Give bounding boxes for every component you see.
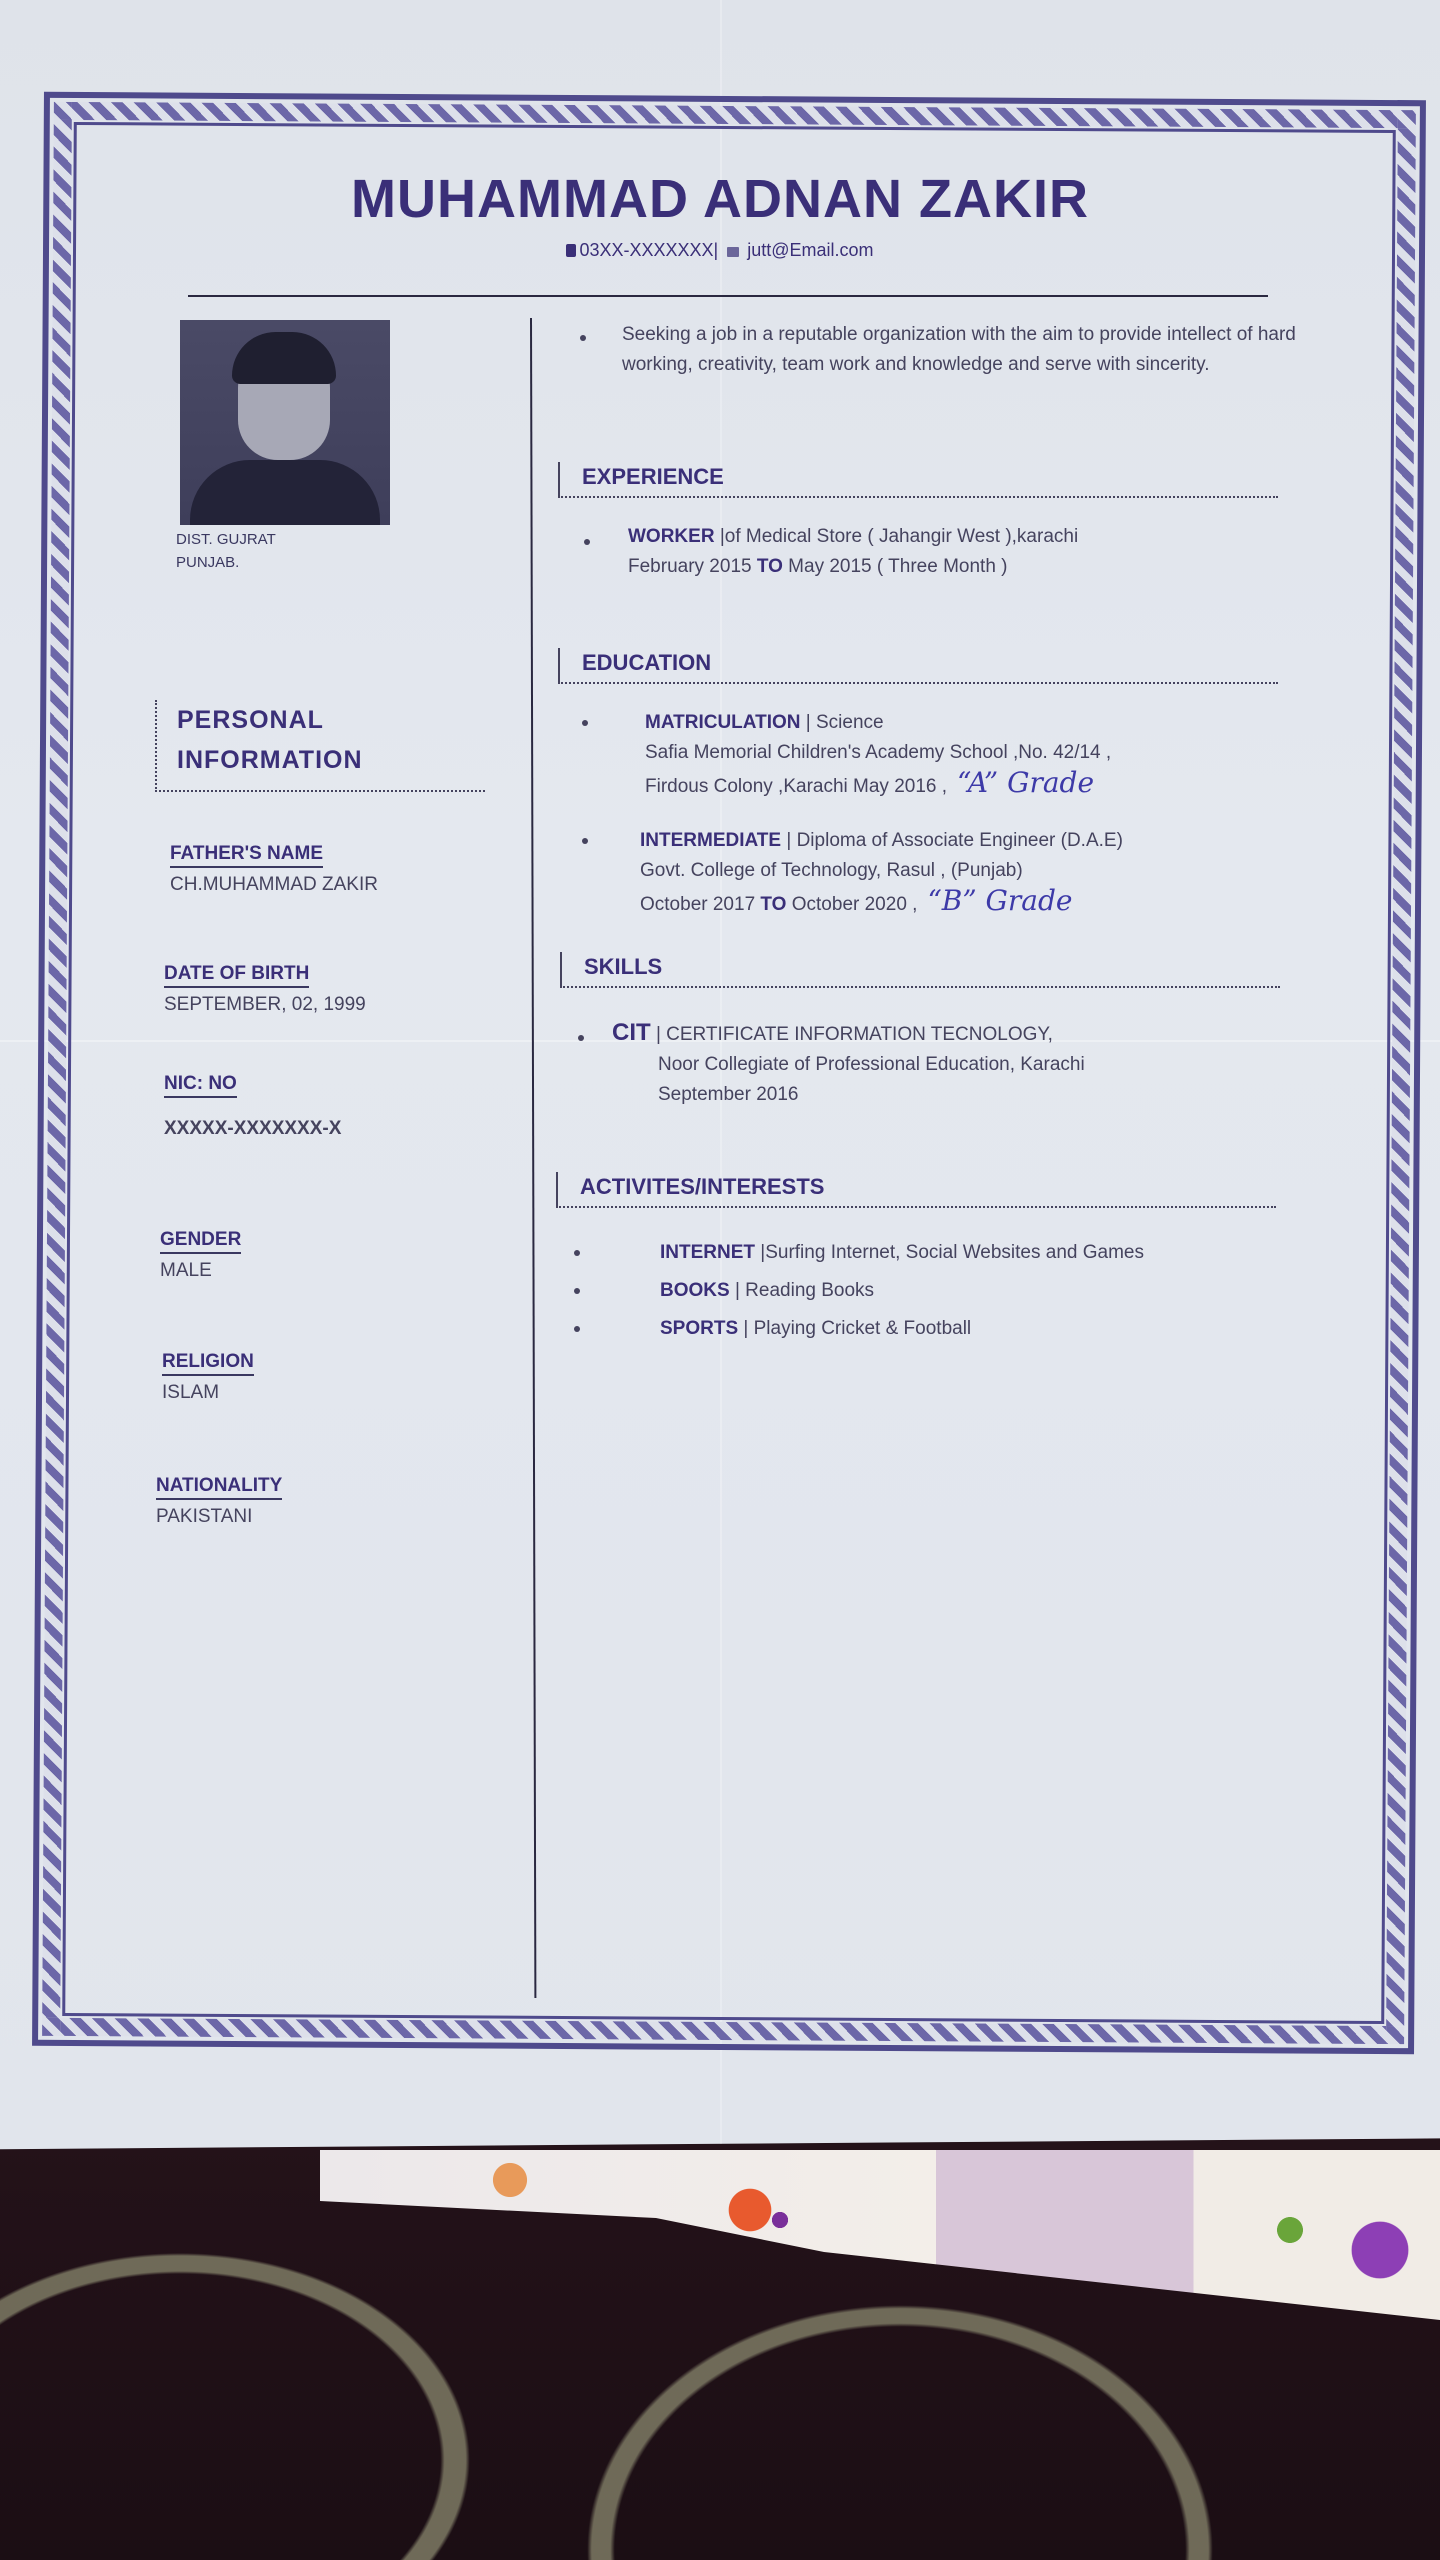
applicant-name: MUHAMMAD ADNAN ZAKIR — [0, 168, 1440, 230]
field-date-of-birth: DATE OF BIRTH SEPTEMBER, 02, 1999 — [164, 962, 504, 1018]
field-label: NIC: NO — [164, 1072, 237, 1098]
bullet-icon — [574, 1288, 580, 1294]
field-label: RELIGION — [162, 1350, 254, 1376]
section-heading-education: EDUCATION — [558, 648, 1278, 684]
degree: INTERMEDIATE — [640, 830, 781, 851]
field-value: PAKISTANI — [156, 1504, 496, 1530]
bullet-icon — [580, 335, 586, 341]
interest-title: BOOKS — [660, 1280, 730, 1301]
interest-item: BOOKS | Reading Books — [660, 1272, 1300, 1310]
education-title: MATRICULATION | Science — [645, 708, 1285, 738]
field-fathers-name: FATHER'S NAME CH.MUHAMMAD ZAKIR — [170, 842, 510, 898]
field-nationality: NATIONALITY PAKISTANI — [156, 1474, 496, 1530]
personal-info-heading: PERSONAL INFORMATION — [155, 700, 485, 792]
bullet-icon — [578, 1035, 584, 1041]
phone-icon — [566, 244, 576, 257]
address-line: PUNJAB. — [176, 551, 506, 574]
experience-dates: February 2015 TO May 2015 ( Three Month … — [628, 552, 1288, 582]
section-heading-skills: SKILLS — [560, 952, 1280, 988]
interest-text: | Reading Books — [730, 1280, 874, 1301]
section-heading-experience: EXPERIENCE — [558, 462, 1278, 498]
field-value: XXXXX-XXXXXXX-X — [164, 1116, 504, 1142]
handwritten-grade: “B” Grade — [927, 884, 1072, 917]
degree-field: | Diploma of Associate Engineer (D.A.E) — [781, 830, 1123, 851]
education-title: INTERMEDIATE | Diploma of Associate Engi… — [640, 826, 1300, 856]
education-dates: Firdous Colony ,Karachi May 2016 ,“A” Gr… — [645, 768, 1285, 802]
date: Firdous Colony ,Karachi May 2016 , — [645, 776, 947, 797]
date-separator: TO — [757, 556, 783, 577]
interest-title: SPORTS — [660, 1318, 738, 1339]
applicant-photo — [180, 320, 390, 525]
experience-line: WORKER |of Medical Store ( Jahangir West… — [628, 522, 1288, 552]
interest-text: | Playing Cricket & Football — [738, 1318, 971, 1339]
field-nic: NIC: NO XXXXX-XXXXXXX-X — [164, 1072, 504, 1142]
degree: MATRICULATION — [645, 712, 801, 733]
date-separator: TO — [760, 894, 786, 915]
field-gender: GENDER MALE — [160, 1228, 500, 1284]
field-label: GENDER — [160, 1228, 241, 1254]
interests-list: INTERNET |Surfing Internet, Social Websi… — [660, 1234, 1300, 1348]
interest-text: |Surfing Internet, Social Websites and G… — [755, 1242, 1144, 1263]
education-item: INTERMEDIATE | Diploma of Associate Engi… — [640, 826, 1300, 920]
job-title: WORKER — [628, 526, 715, 547]
date-start: October 2017 — [640, 894, 760, 915]
bullet-icon — [574, 1250, 580, 1256]
career-objective: Seeking a job in a reputable organizatio… — [622, 320, 1322, 380]
skill-item: CIT | CERTIFICATE INFORMATION TECNOLOGY,… — [612, 1018, 1292, 1110]
education-dates: October 2017 TO October 2020 ,“B” Grade — [640, 886, 1300, 920]
field-value: SEPTEMBER, 02, 1999 — [164, 992, 504, 1018]
bullet-icon — [574, 1326, 580, 1332]
experience-item: WORKER |of Medical Store ( Jahangir West… — [628, 522, 1288, 582]
photo-body-placeholder — [190, 460, 380, 525]
interest-item: INTERNET |Surfing Internet, Social Websi… — [660, 1234, 1300, 1272]
handwritten-grade: “A” Grade — [957, 766, 1094, 799]
field-value: MALE — [160, 1258, 500, 1284]
skill-name: | CERTIFICATE INFORMATION TECNOLOGY, — [651, 1024, 1053, 1045]
institution: Govt. College of Technology, Rasul , (Pu… — [640, 856, 1300, 886]
field-label: DATE OF BIRTH — [164, 962, 309, 988]
bullet-icon — [582, 720, 588, 726]
mail-icon — [727, 247, 739, 257]
field-label: NATIONALITY — [156, 1474, 282, 1500]
bullet-icon — [584, 539, 590, 545]
date-start: February 2015 — [628, 556, 757, 577]
job-employer: |of Medical Store ( Jahangir West ),kara… — [720, 526, 1078, 547]
heading-line: INFORMATION — [177, 740, 485, 780]
date-end: October 2020 , — [786, 894, 917, 915]
column-divider — [530, 318, 536, 1998]
contact-line: 03XX-XXXXXXX| jutt@Email.com — [0, 240, 1440, 261]
skill-title: CIT | CERTIFICATE INFORMATION TECNOLOGY, — [612, 1018, 1292, 1050]
resume-content: MUHAMMAD ADNAN ZAKIR 03XX-XXXXXXX| jutt@… — [0, 0, 1440, 2160]
phone-number: 03XX-XXXXXXX — [579, 240, 713, 260]
header-rule — [188, 295, 1268, 297]
institution: Safia Memorial Children's Academy School… — [645, 738, 1285, 768]
education-item: MATRICULATION | Science Safia Memorial C… — [645, 708, 1285, 802]
address: DIST. GUJRAT PUNJAB. — [176, 528, 506, 574]
skill-institution: Noor Collegiate of Professional Educatio… — [612, 1050, 1292, 1080]
heading-line: PERSONAL — [177, 700, 485, 740]
skill-date: September 2016 — [612, 1080, 1292, 1110]
interest-item: SPORTS | Playing Cricket & Football — [660, 1310, 1300, 1348]
interest-title: INTERNET — [660, 1242, 755, 1263]
skill-code: CIT — [612, 1019, 651, 1046]
date-end: May 2015 ( Three Month ) — [783, 556, 1008, 577]
photo-hair-placeholder — [232, 332, 336, 384]
field-value: CH.MUHAMMAD ZAKIR — [170, 872, 510, 898]
bullet-icon — [582, 838, 588, 844]
field-religion: RELIGION ISLAM — [162, 1350, 502, 1406]
field-value: ISLAM — [162, 1380, 502, 1406]
email-address: jutt@Email.com — [747, 240, 873, 260]
degree-field: | Science — [801, 712, 884, 733]
section-heading-interests: ACTIVITES/INTERESTS — [556, 1172, 1276, 1208]
address-line: DIST. GUJRAT — [176, 528, 506, 551]
field-label: FATHER'S NAME — [170, 842, 323, 868]
